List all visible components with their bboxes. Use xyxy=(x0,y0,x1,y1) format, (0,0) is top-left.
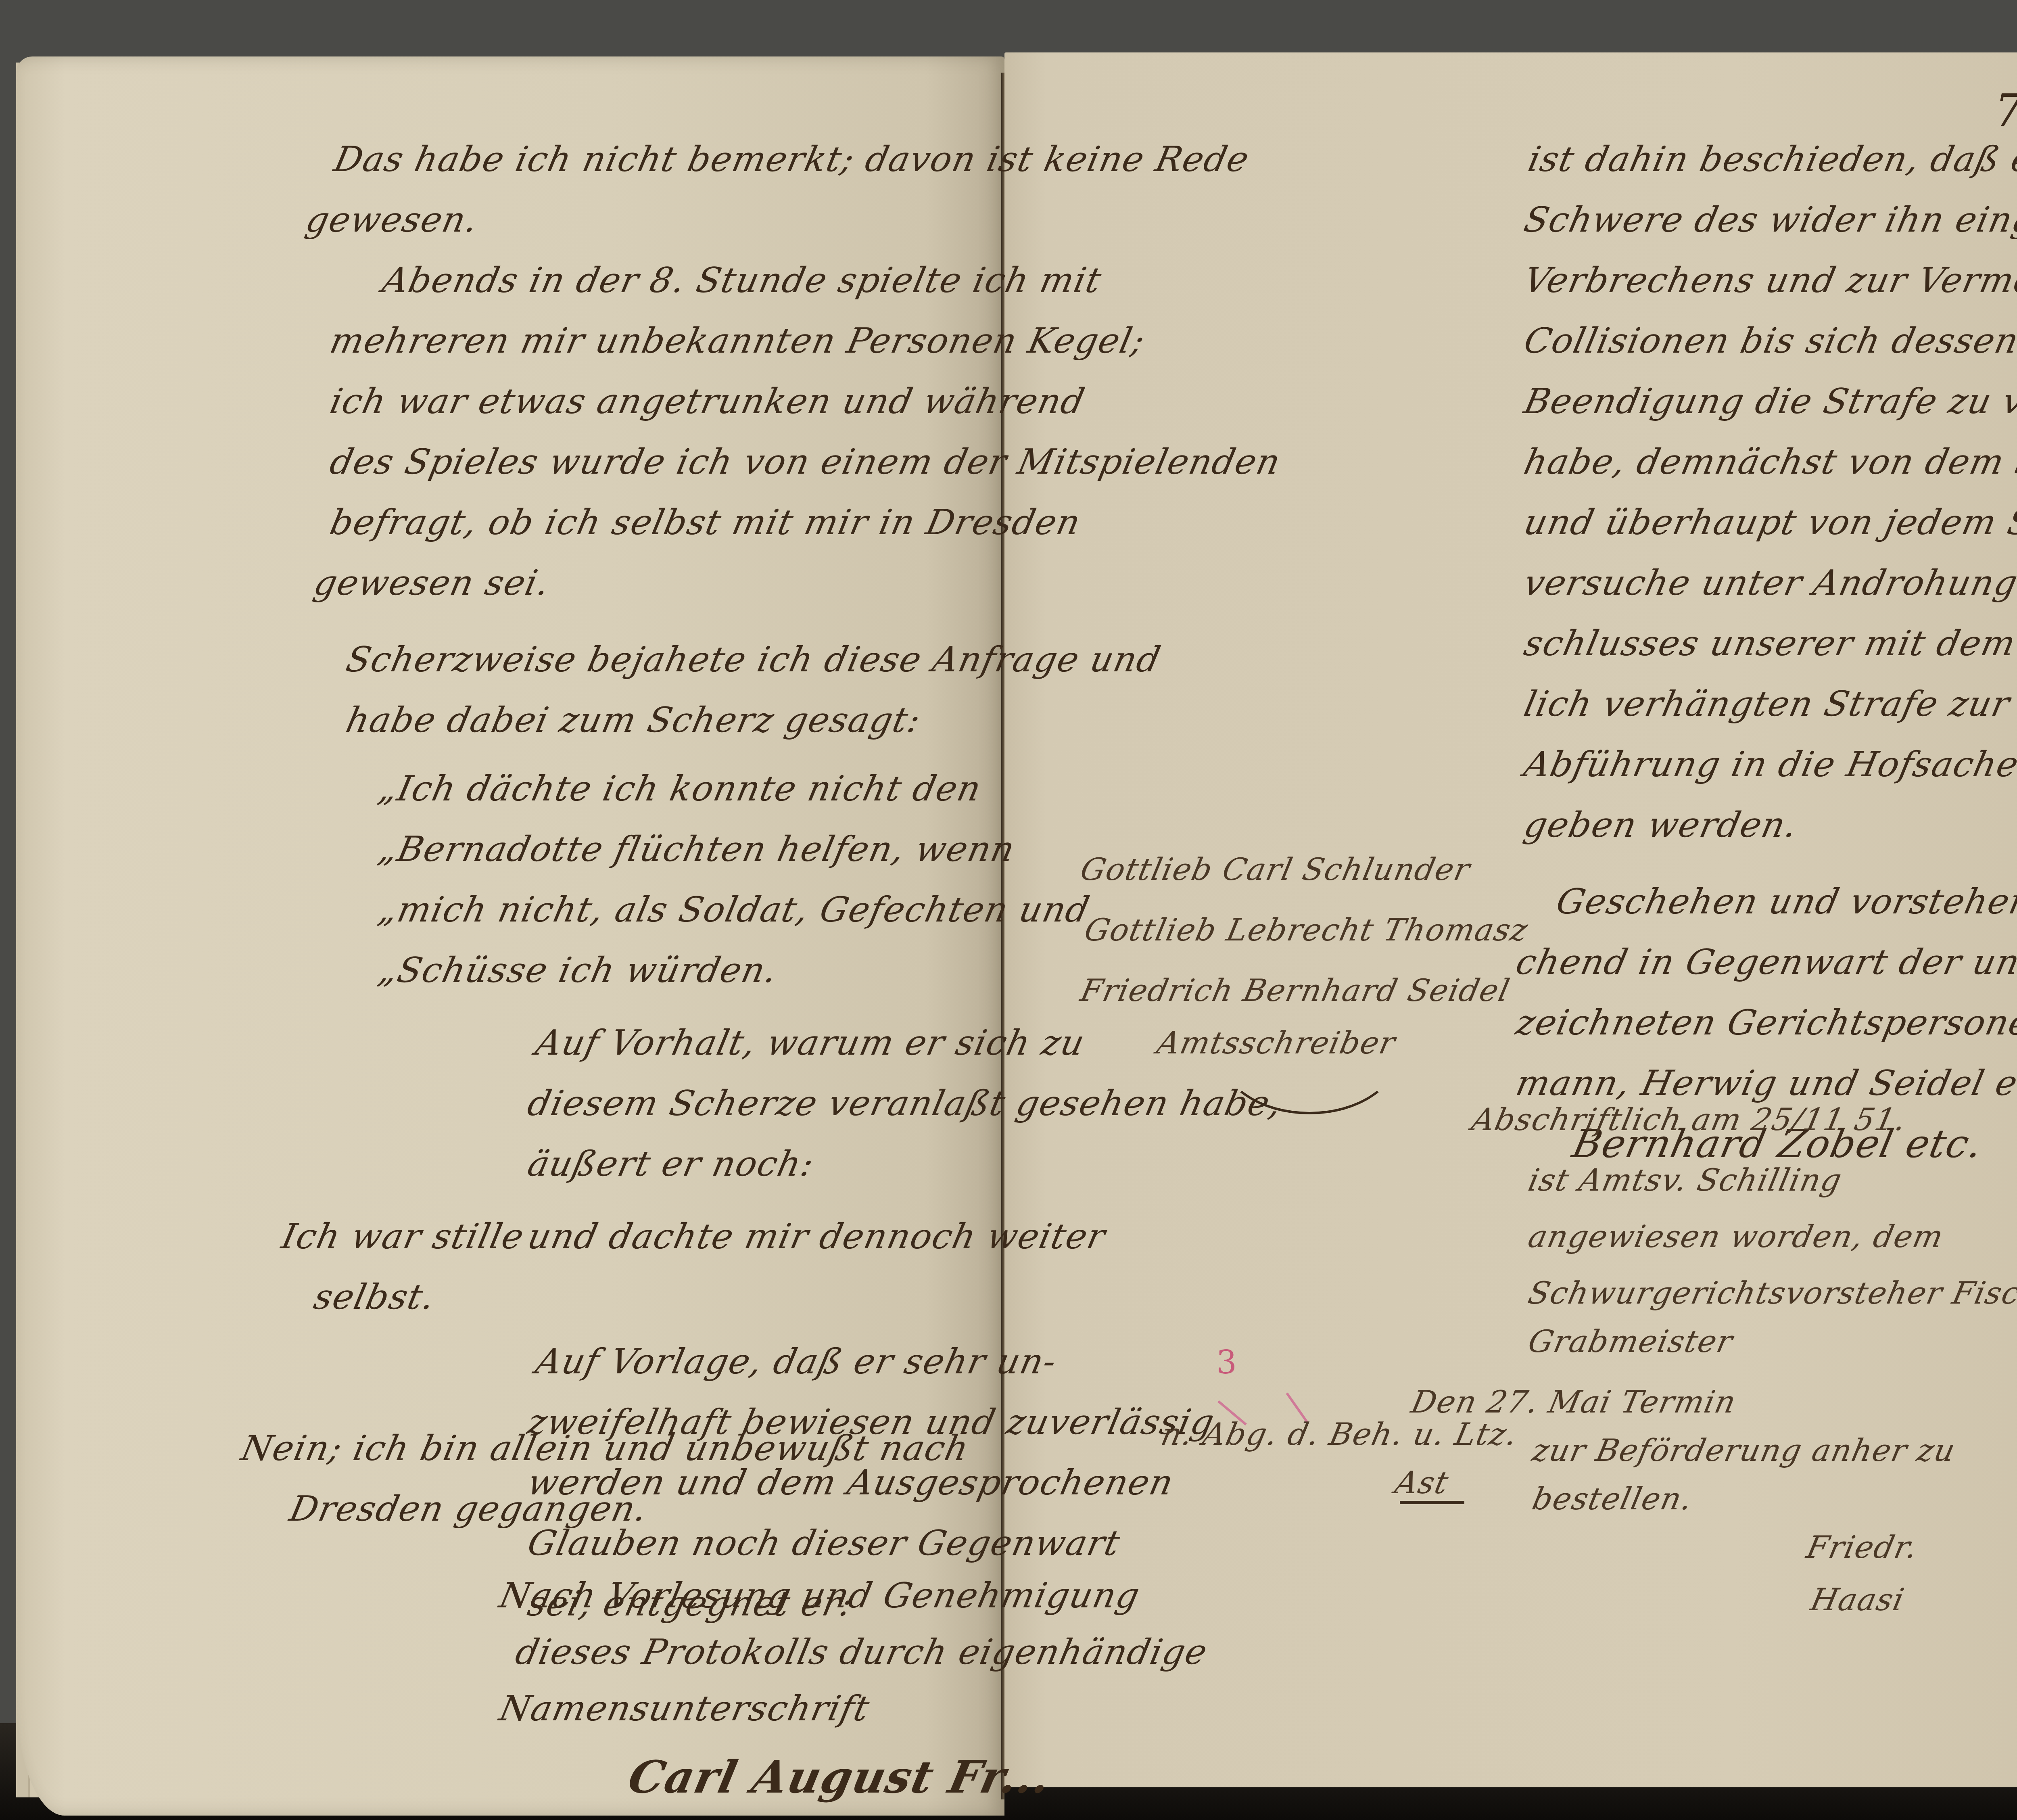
closing-paragraph-line-2: chend in Gegenwart der unter- xyxy=(1510,932,2017,993)
note-signature-1: Friedr. xyxy=(1801,1517,1924,1578)
left-line-10: habe dabei zum Scherz gesagt: xyxy=(340,690,927,750)
left-line-6: des Spieles wurde ich von einem der Mits… xyxy=(324,432,1286,492)
right-line-1: ist dahin beschieden, daß er bei dem xyxy=(1522,129,2017,190)
pink-number-mark: 3 xyxy=(1216,1344,1237,1381)
left-block1-line-3: äußert er noch: xyxy=(522,1134,820,1194)
annotation-line-5: Grabmeister xyxy=(1522,1311,1739,1372)
witness-signature-1: Gottlieb Carl Schlunder xyxy=(1075,839,1476,900)
right-line-4: Collisionen bis sich dessen wirklich xyxy=(1518,311,2017,371)
left-line-13: „mich nicht, als Soldat, Gefechten und xyxy=(373,880,1096,940)
right-line-2: Schwere des wider ihn eingezogenen xyxy=(1518,190,2017,250)
left-line-1: Das habe ich nicht bemerkt; davon ist ke… xyxy=(328,129,1255,190)
right-line-8: versuche unter Androhung des An- xyxy=(1518,553,2017,613)
right-line-9: schlusses unserer mit dem gesetz- xyxy=(1518,613,2017,674)
right-line-3: Verbrechens und zur Vermeidung von xyxy=(1518,250,2017,311)
left-line-9: Scherzweise bejahete ich diese Anfrage u… xyxy=(340,629,1167,690)
annotation-line-2: ist Amtsv. Schilling xyxy=(1522,1150,1848,1210)
closing-block-line-3: Namensunterschrift xyxy=(494,1678,875,1739)
left-block1-line-2: diesem Scherze veranlaßt gesehen habe, xyxy=(522,1073,1288,1134)
note-signature-2: Haasi xyxy=(1805,1569,1911,1630)
left-signature: Carl August Fr... xyxy=(623,1747,1057,1807)
right-line-12: geben werden. xyxy=(1518,795,1804,855)
margin-note-line-1: Ich war stille xyxy=(276,1206,530,1267)
page-number: 7 xyxy=(1995,85,2017,136)
left-line-3: Abends in der 8. Stunde spielte ich mit xyxy=(377,250,1107,311)
right-line-10: lich verhängten Strafe zur xyxy=(1518,674,2016,734)
closing-paragraph-line-3: zeichneten Gerichtspersonen Teichel- xyxy=(1510,993,2017,1053)
bottom-left-annotation: n. Abg. d. Beh. u. Ltz. xyxy=(1155,1404,1524,1465)
left-line-11: „Ich dächte ich konnte nicht den xyxy=(373,759,987,819)
right-line-7: und überhaupt von jedem Schiff- xyxy=(1518,492,2017,553)
annotation-line-1: Abschriftlich am 25/11 51. xyxy=(1466,1089,1913,1150)
closing-line-1: Nein; ich bin allein und unbewußt nach xyxy=(236,1418,975,1479)
closing-paragraph-line-1: Geschehen und vorstehend entspre- xyxy=(1551,871,2017,932)
closing-block-line-1: Nach Vorlesung und Genehmigung xyxy=(494,1565,1146,1626)
left-line-14: „Schüsse ich würden. xyxy=(373,940,783,1001)
signature-flourish xyxy=(1218,988,1401,1114)
left-line-4: mehreren mir unbekannten Personen Kegel; xyxy=(324,311,1151,371)
right-line-5: Beendigung die Strafe zu verbüßen xyxy=(1518,371,2017,432)
closing-line-2: Dresden gegangen. xyxy=(284,1479,654,1539)
left-line-2: gewesen. xyxy=(300,190,484,250)
annotation-line-3: angewiesen worden, dem xyxy=(1522,1206,1950,1267)
sign-underline xyxy=(1400,1501,1464,1504)
left-line-5: ich war etwas angetrunken und während xyxy=(324,371,1091,432)
right-line-6: habe, demnächst von dem Strafhause xyxy=(1518,432,2017,492)
left-block2-line-1: Auf Vorlage, daß er sehr un- xyxy=(530,1331,1063,1392)
margin-note-continuation: und dachte mir dennoch weiter xyxy=(522,1206,1111,1267)
closing-block-line-2: dieses Protokolls durch eigenhändige xyxy=(510,1622,1213,1682)
left-block1-line-1: Auf Vorhalt, warum er sich zu xyxy=(530,1013,1091,1073)
left-line-7: befragt, ob ich selbst mit mir in Dresde… xyxy=(324,492,1087,553)
right-line-11: Abführung in die Hofsache über- xyxy=(1518,734,2017,795)
left-line-12: „Bernadotte flüchten helfen, wenn xyxy=(373,819,1021,880)
left-line-8: gewesen sei. xyxy=(308,553,556,613)
margin-note-line-2: selbst. xyxy=(308,1267,441,1327)
witness-signature-2: Gottlieb Lebrecht Thomasz xyxy=(1079,900,1534,960)
note-line-2: bestellen. xyxy=(1526,1469,1699,1529)
